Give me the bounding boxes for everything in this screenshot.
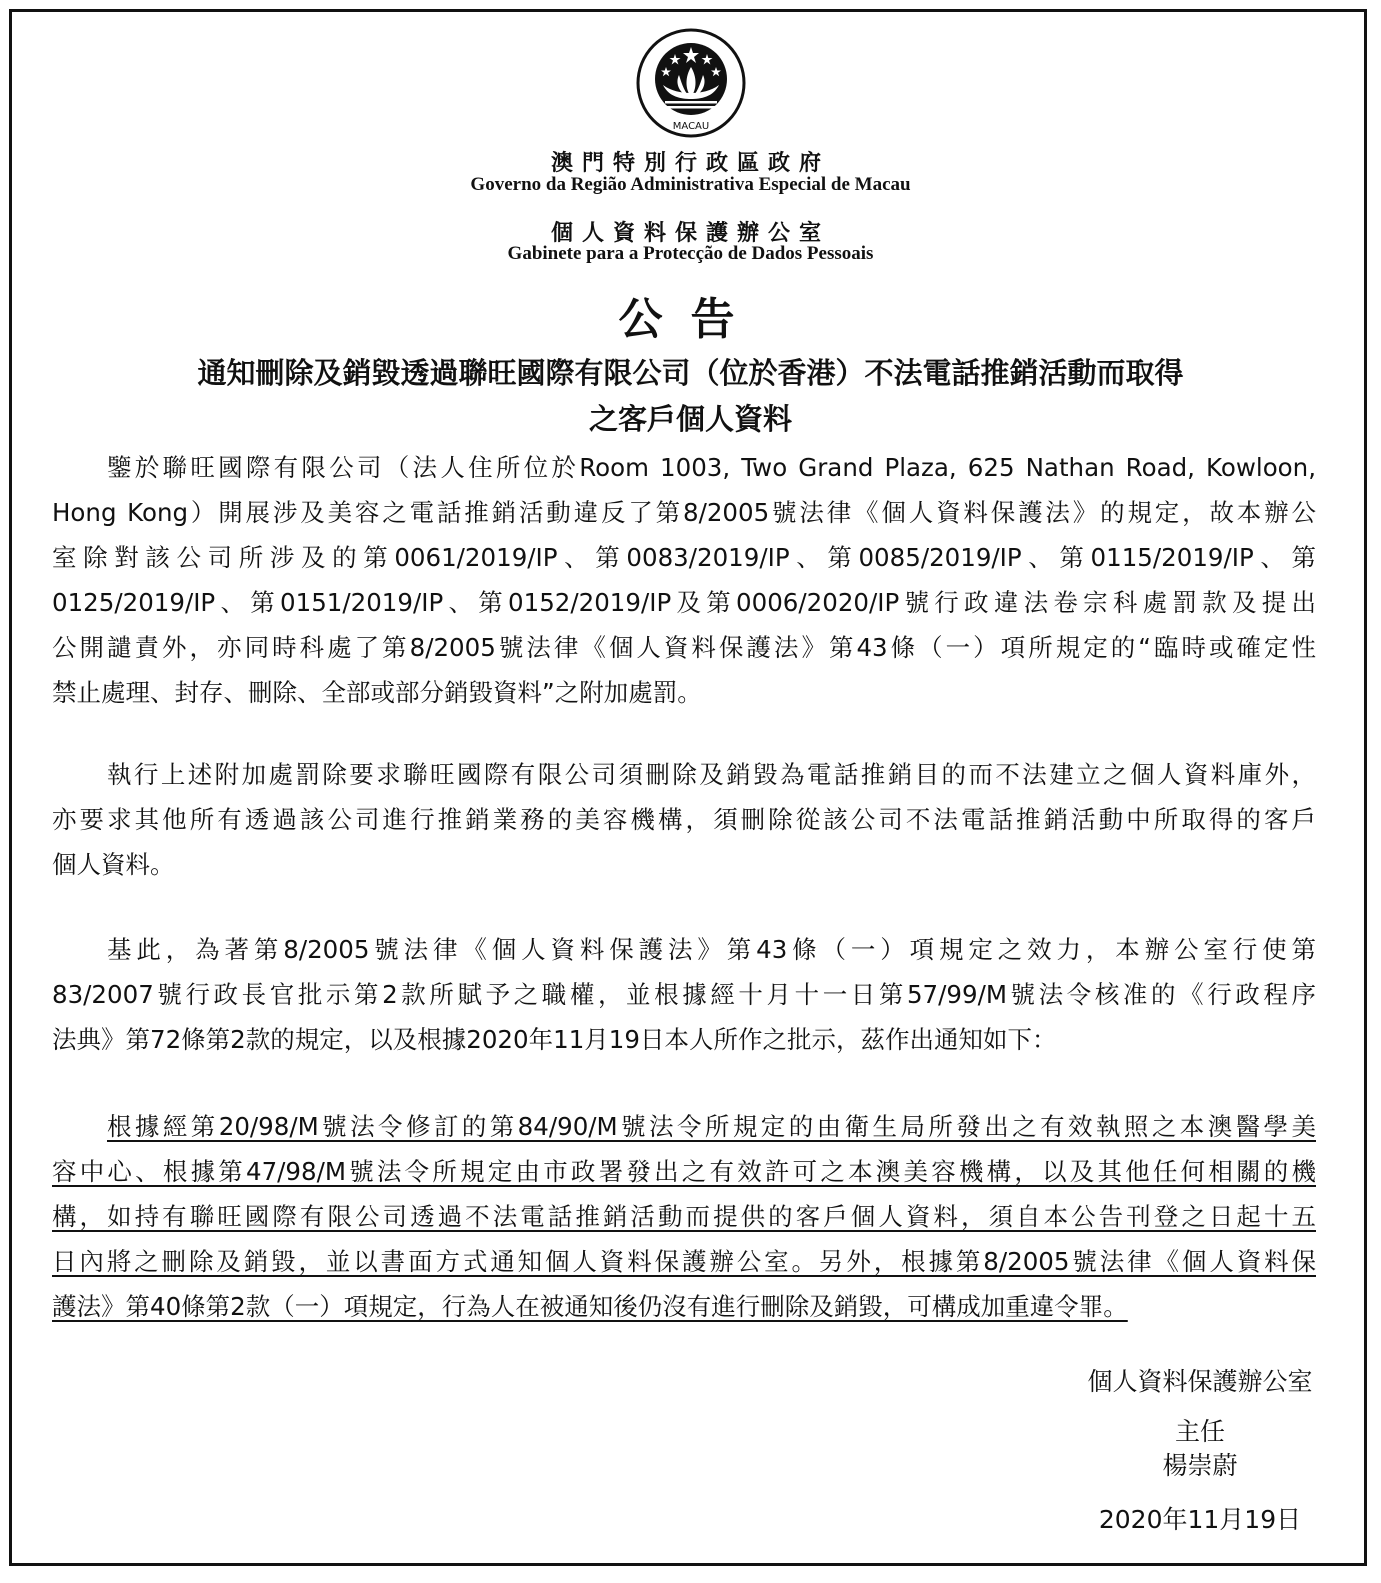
paragraph-line: 構，如持有聯旺國際有限公司透過不法電話推銷活動而提供的客戶個人資料，須自本公告刊… — [52, 1202, 1316, 1231]
paragraph-4-underlined-notice: 根據經第20/98/M號法令修訂的第84/90/M號法令所規定的由衛生局所發出之… — [52, 1104, 1316, 1329]
paragraph-line: Hong Kong）開展涉及美容之電話推銷活動違反了第8/2005號法律《個人資… — [52, 490, 1316, 535]
paragraph-line: 根據經第20/98/M號法令修訂的第84/90/M號法令所規定的由衛生局所發出之… — [107, 1112, 1316, 1141]
paragraph-line: 83/2007號行政長官批示第2款所賦予之職權，並根據經十月十一日第57/99/… — [52, 972, 1316, 1017]
paragraph-line: 法典》第72條第2款的規定，以及根據2020年11月19日本人所作之批示，茲作出… — [52, 1017, 1316, 1062]
subtitle-line: 通知刪除及銷毀透過聯旺國際有限公司（位於香港）不法電話推銷活動而取得 — [0, 350, 1381, 396]
signature-name: 楊崇蔚 — [1040, 1446, 1360, 1482]
paragraph-line: 執行上述附加處罰除要求聯旺國際有限公司須刪除及銷毀為電話推銷目的而不法建立之個人… — [52, 752, 1316, 797]
government-name-zh: 澳門特別行政區政府 — [0, 146, 1381, 177]
paragraph-line: 容中心、根據第47/98/M號法令所規定由市政署發出之有效許可之本澳美容機構，以… — [52, 1157, 1316, 1186]
government-name-pt: Governo da Região Administrativa Especia… — [0, 174, 1381, 196]
paragraph-line: 0125/2019/IP、第0151/2019/IP、第0152/2019/IP… — [52, 580, 1316, 625]
paragraph-line: 日內將之刪除及銷毀，並以書面方式通知個人資料保護辦公室。另外，根據第8/2005… — [52, 1247, 1316, 1276]
macau-sar-emblem-icon: MACAU — [635, 27, 747, 139]
notice-subtitle: 通知刪除及銷毀透過聯旺國際有限公司（位於香港）不法電話推銷活動而取得 之客戶個人… — [0, 350, 1381, 442]
signature-date: 2020年11月19日 — [1040, 1500, 1360, 1536]
paragraph-1: 鑒於聯旺國際有限公司（法人住所位於Room 1003, Two Grand Pl… — [52, 445, 1316, 715]
notice-title: 公告 — [0, 283, 1381, 347]
office-name-pt: Gabinete para a Protecção de Dados Pesso… — [0, 243, 1381, 265]
paragraph-line: 護法》第40條第2款（一）項規定，行為人在被通知後仍沒有進行刪除及銷毀，可構成加… — [52, 1292, 1128, 1321]
signature-position: 主任 — [1040, 1412, 1360, 1448]
svg-text:MACAU: MACAU — [673, 121, 709, 132]
paragraph-line: 亦要求其他所有透過該公司進行推銷業務的美容機構，須刪除從該公司不法電話推銷活動中… — [52, 797, 1316, 842]
paragraph-line: 基此，為著第8/2005號法律《個人資料保護法》第43條（一）項規定之效力，本辦… — [52, 927, 1316, 972]
paragraph-line: 室除對該公司所涉及的第0061/2019/IP、第0083/2019/IP、第0… — [52, 535, 1316, 580]
subtitle-line: 之客戶個人資料 — [0, 396, 1381, 442]
paragraph-line: 鑒於聯旺國際有限公司（法人住所位於Room 1003, Two Grand Pl… — [52, 445, 1316, 490]
paragraph-line: 個人資料。 — [52, 842, 1316, 887]
paragraph-line: 禁止處理、封存、刪除、全部或部分銷毀資料”之附加處罰。 — [52, 670, 1316, 715]
paragraph-3: 基此，為著第8/2005號法律《個人資料保護法》第43條（一）項規定之效力，本辦… — [52, 927, 1316, 1062]
paragraph-line: 公開譴責外，亦同時科處了第8/2005號法律《個人資料保護法》第43條（一）項所… — [52, 625, 1316, 670]
signature-office: 個人資料保護辦公室 — [1040, 1362, 1360, 1398]
paragraph-2: 執行上述附加處罰除要求聯旺國際有限公司須刪除及銷毀為電話推銷目的而不法建立之個人… — [52, 752, 1316, 887]
